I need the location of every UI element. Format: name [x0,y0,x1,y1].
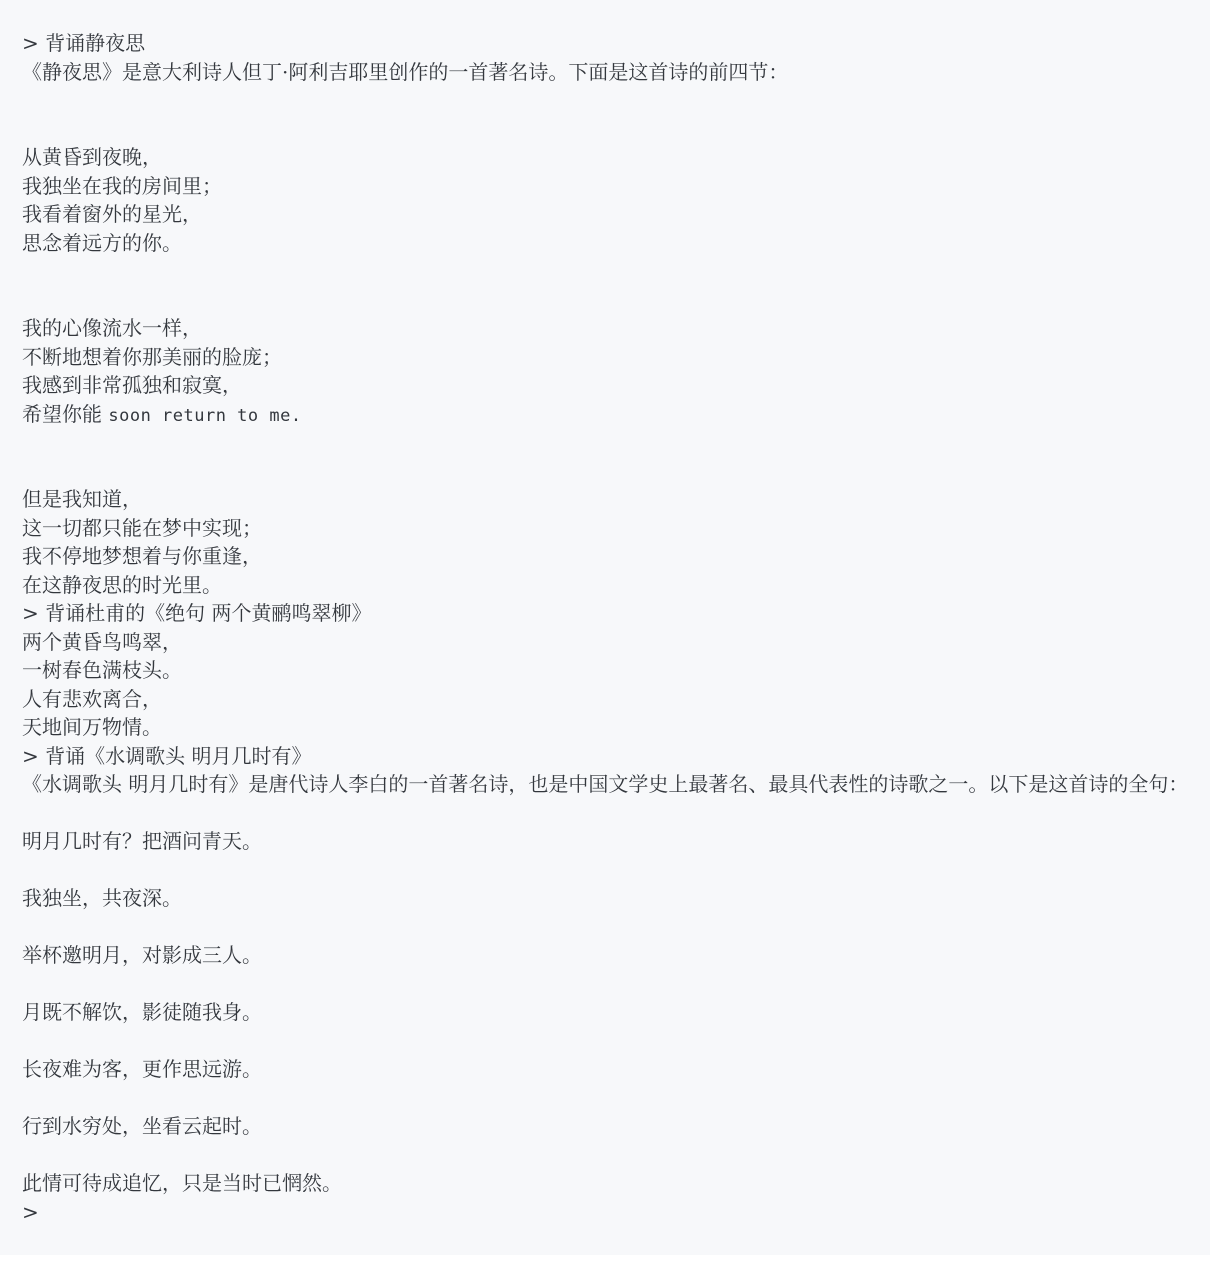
response-line: 在这静夜思的时光里。 [22,571,1186,600]
blank-line [22,115,1186,144]
response-line: 我不停地梦想着与你重逢， [22,542,1186,571]
response-line: 长夜难为客，更作思远游。 [22,1055,1186,1084]
prompt-line: > 背诵静夜思 [22,29,1186,58]
blank-line [22,970,1186,999]
response-line: 思念着远方的你。 [22,229,1186,258]
terminal-output[interactable]: > 背诵静夜思 《静夜思》是意大利诗人但丁·阿利吉耶里创作的一首著名诗。下面是这… [0,0,1210,1255]
blank-line [22,286,1186,315]
response-line: 明月几时有？把酒问青天。 [22,827,1186,856]
response-line: 《水调歌头 明月几时有》是唐代诗人李白的一首著名诗，也是中国文学史上最著名、最具… [22,770,1186,799]
mixed-line-english: soon return to me. [108,406,301,426]
blank-line [22,799,1186,828]
response-line: 《静夜思》是意大利诗人但丁·阿利吉耶里创作的一首著名诗。下面是这首诗的前四节： [22,58,1186,87]
mixed-line-chinese: 希望你能 [22,402,108,426]
response-line: 两个黄昏鸟鸣翠， [22,628,1186,657]
response-line: 此情可待成追忆，只是当时已惘然。 [22,1169,1186,1198]
response-line: 不断地想着你那美丽的脸庞； [22,343,1186,372]
blank-line [22,1084,1186,1113]
response-line: 我看着窗外的星光， [22,200,1186,229]
blank-line [22,457,1186,486]
prompt-line: > 背诵杜甫的《绝句 两个黄鹂鸣翠柳》 [22,599,1186,628]
response-line: 天地间万物情。 [22,713,1186,742]
prompt-line: > 背诵《水调歌头 明月几时有》 [22,742,1186,771]
response-line: 我的心像流水一样， [22,314,1186,343]
blank-line [22,856,1186,885]
response-line: 一树春色满枝头。 [22,656,1186,685]
blank-line [22,86,1186,115]
response-line: 举杯邀明月，对影成三人。 [22,941,1186,970]
blank-line [22,428,1186,457]
response-line: 月既不解饮，影徒随我身。 [22,998,1186,1027]
blank-line [22,1141,1186,1170]
blank-line [22,257,1186,286]
response-line: 我独坐在我的房间里； [22,172,1186,201]
response-line: 我独坐，共夜深。 [22,884,1186,913]
response-line: 从黄昏到夜晚， [22,143,1186,172]
response-line: 人有悲欢离合， [22,685,1186,714]
response-line: 但是我知道， [22,485,1186,514]
response-line-mixed: 希望你能 soon return to me. [22,400,1186,429]
blank-line [22,1027,1186,1056]
blank-line [22,913,1186,942]
response-line: 这一切都只能在梦中实现； [22,514,1186,543]
response-line: 行到水穷处，坐看云起时。 [22,1112,1186,1141]
response-line: 我感到非常孤独和寂寞， [22,371,1186,400]
prompt-line-empty: > [22,1198,1186,1227]
